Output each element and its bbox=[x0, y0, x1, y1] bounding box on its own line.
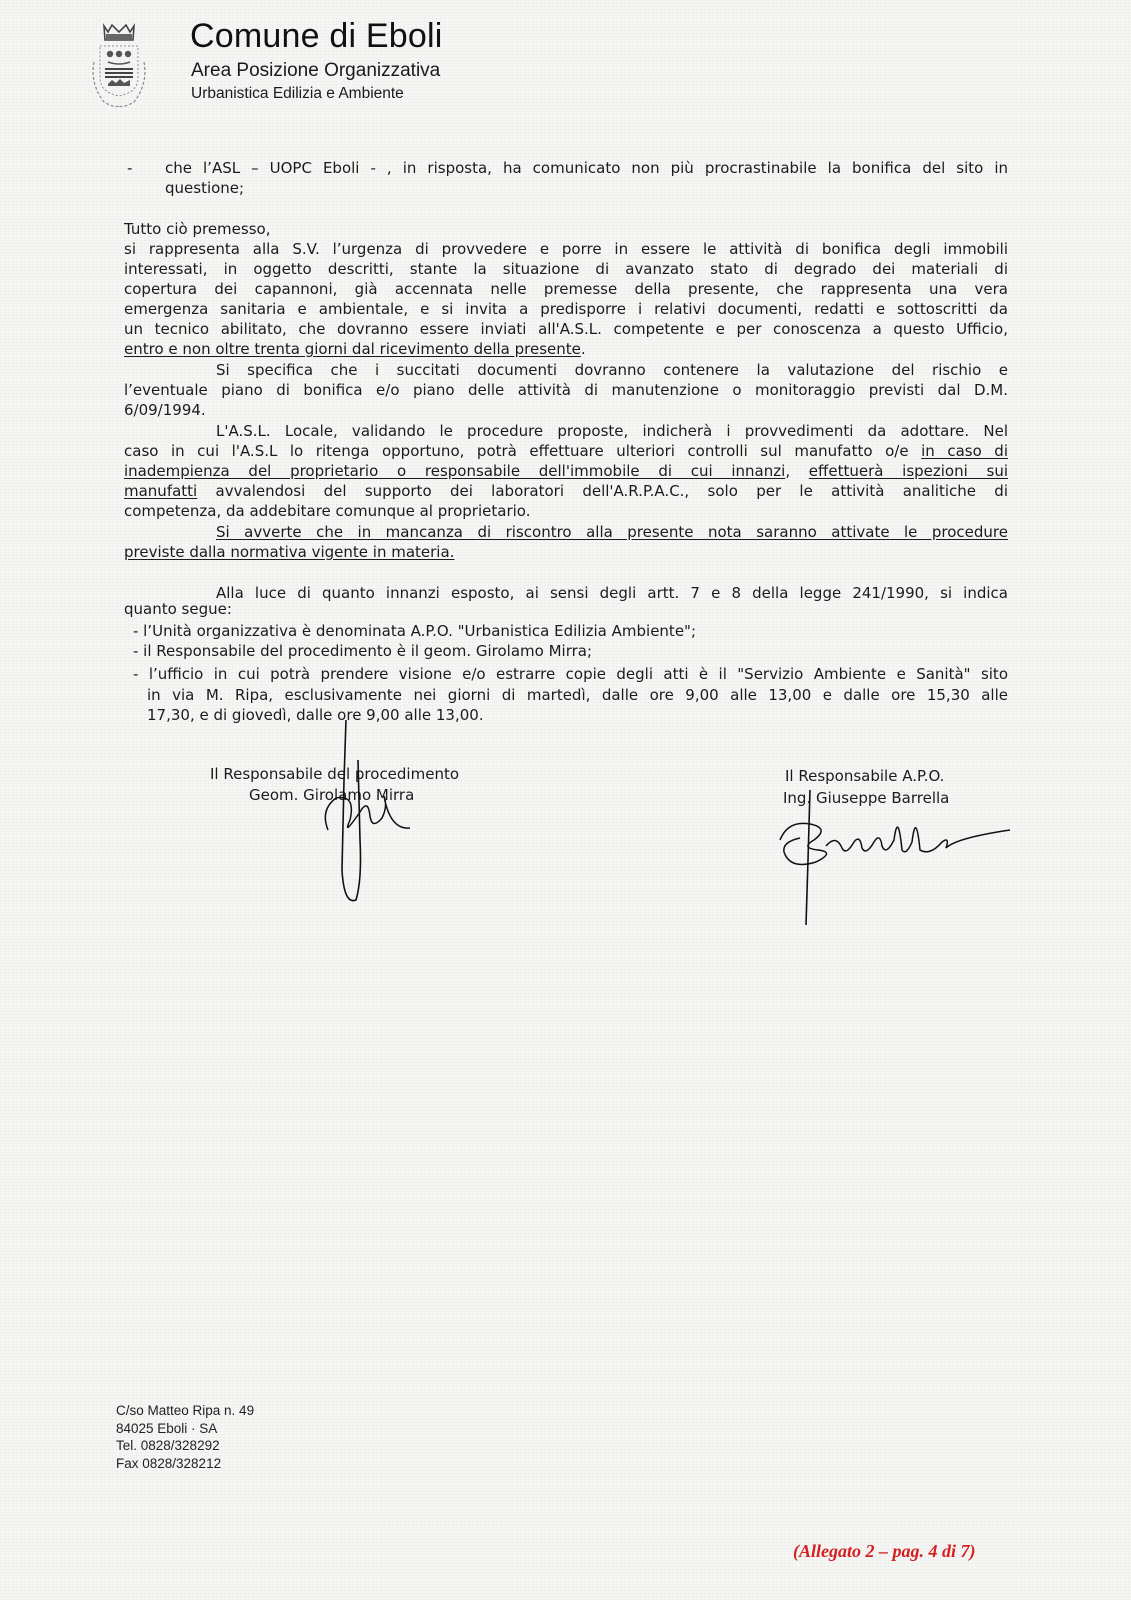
deadline-underlined: entro e non oltre trenta giorni dal rice… bbox=[124, 340, 581, 358]
premise-line: interessati, in oggetto descritti, stant… bbox=[124, 259, 1008, 280]
attachment-page-label: (Allegato 2 – pag. 4 di 7) bbox=[793, 1541, 976, 1562]
right-signatory-role: Il Responsabile A.P.O. bbox=[785, 767, 944, 785]
legal-line: Alla luce di quanto innanzi esposto, ai … bbox=[216, 583, 1008, 604]
legal-list-item: - il Responsabile del procedimento è il … bbox=[133, 641, 592, 662]
legal-list-item-cont: in via M. Ripa, esclusivamente nei giorn… bbox=[147, 685, 1008, 706]
specifica-line: 6/09/1994. bbox=[124, 400, 206, 421]
premise-line: si rappresenta alla S.V. l’urgenza di pr… bbox=[124, 239, 1008, 260]
warning-line: Si avverte che in mancanza di riscontro … bbox=[216, 522, 1008, 543]
right-handwritten-signature bbox=[770, 790, 1020, 930]
legal-list-item: - l’ufficio in cui potrà prendere vision… bbox=[133, 664, 1008, 685]
address-phone: Tel. 0828/328292 bbox=[116, 1437, 254, 1455]
premise-deadline: entro e non oltre trenta giorni dal rice… bbox=[124, 339, 586, 360]
asl-line: caso in cui l'A.S.L lo ritenga opportuno… bbox=[124, 441, 1008, 462]
left-signatory-role: Il Responsabile del procedimento bbox=[210, 765, 459, 783]
asl-text: , bbox=[785, 462, 808, 480]
deadline-period: . bbox=[581, 340, 586, 358]
asl-text: caso in cui l'A.S.L lo ritenga opportuno… bbox=[124, 442, 921, 460]
right-signatory-name: Ing. Giuseppe Barrella bbox=[783, 789, 949, 807]
municipality-address: C/so Matteo Ripa n. 49 84025 Eboli · SA … bbox=[116, 1402, 254, 1472]
municipality-title: Comune di Eboli bbox=[190, 17, 442, 56]
premise-line: un tecnico abilitato, che dovranno esser… bbox=[124, 319, 1008, 340]
address-fax: Fax 0828/328212 bbox=[116, 1455, 254, 1473]
asl-underlined: effettuerà ispezioni sui bbox=[809, 462, 1008, 480]
asl-underlined: in caso di bbox=[921, 442, 1008, 460]
address-city: 84025 Eboli · SA bbox=[116, 1420, 254, 1438]
asl-line: inadempienza del proprietario o responsa… bbox=[124, 461, 1008, 482]
asl-underlined: manufatti bbox=[124, 482, 197, 500]
bullet-marker: - bbox=[127, 158, 132, 179]
asl-underlined: inadempienza del proprietario o responsa… bbox=[124, 462, 785, 480]
premise-line: copertura dei capannoni, già accennata n… bbox=[124, 279, 1008, 300]
premise-line: emergenza sanitaria e ambientale, e si i… bbox=[124, 299, 1008, 320]
department-name: Urbanistica Edilizia e Ambiente bbox=[191, 85, 404, 103]
legal-line: quanto segue: bbox=[124, 599, 232, 620]
address-street: C/so Matteo Ripa n. 49 bbox=[116, 1402, 254, 1420]
intro-bullet-line: questione; bbox=[165, 178, 244, 199]
asl-line: competenza, da addebitare comunque al pr… bbox=[124, 501, 530, 522]
intro-bullet-line: che l’ASL – UOPC Eboli - , in risposta, … bbox=[165, 158, 1008, 179]
municipal-crest-icon bbox=[86, 22, 152, 112]
asl-line: L'A.S.L. Locale, validando le procedure … bbox=[216, 421, 1008, 442]
left-handwritten-signature bbox=[270, 720, 450, 920]
premise-heading: Tutto ciò premesso, bbox=[124, 219, 270, 240]
asl-text: avvalendosi del supporto dei laboratori … bbox=[197, 482, 1008, 500]
specifica-line: l’eventuale piano di bonifica e/o piano … bbox=[124, 380, 1008, 401]
specifica-line: Si specifica che i succitati documenti d… bbox=[216, 360, 1008, 381]
legal-list-item-cont: 17,30, e di giovedì, dalle ore 9,00 alle… bbox=[147, 705, 484, 726]
left-signatory-name: Geom. Girolamo Mirra bbox=[249, 786, 414, 804]
warning-line: previste dalla normativa vigente in mate… bbox=[124, 542, 454, 563]
legal-list-item: - l’Unità organizzativa è denominata A.P… bbox=[133, 621, 696, 642]
organization-area: Area Posizione Organizzativa bbox=[191, 60, 440, 82]
asl-line: manufatti avvalendosi del supporto dei l… bbox=[124, 481, 1008, 502]
